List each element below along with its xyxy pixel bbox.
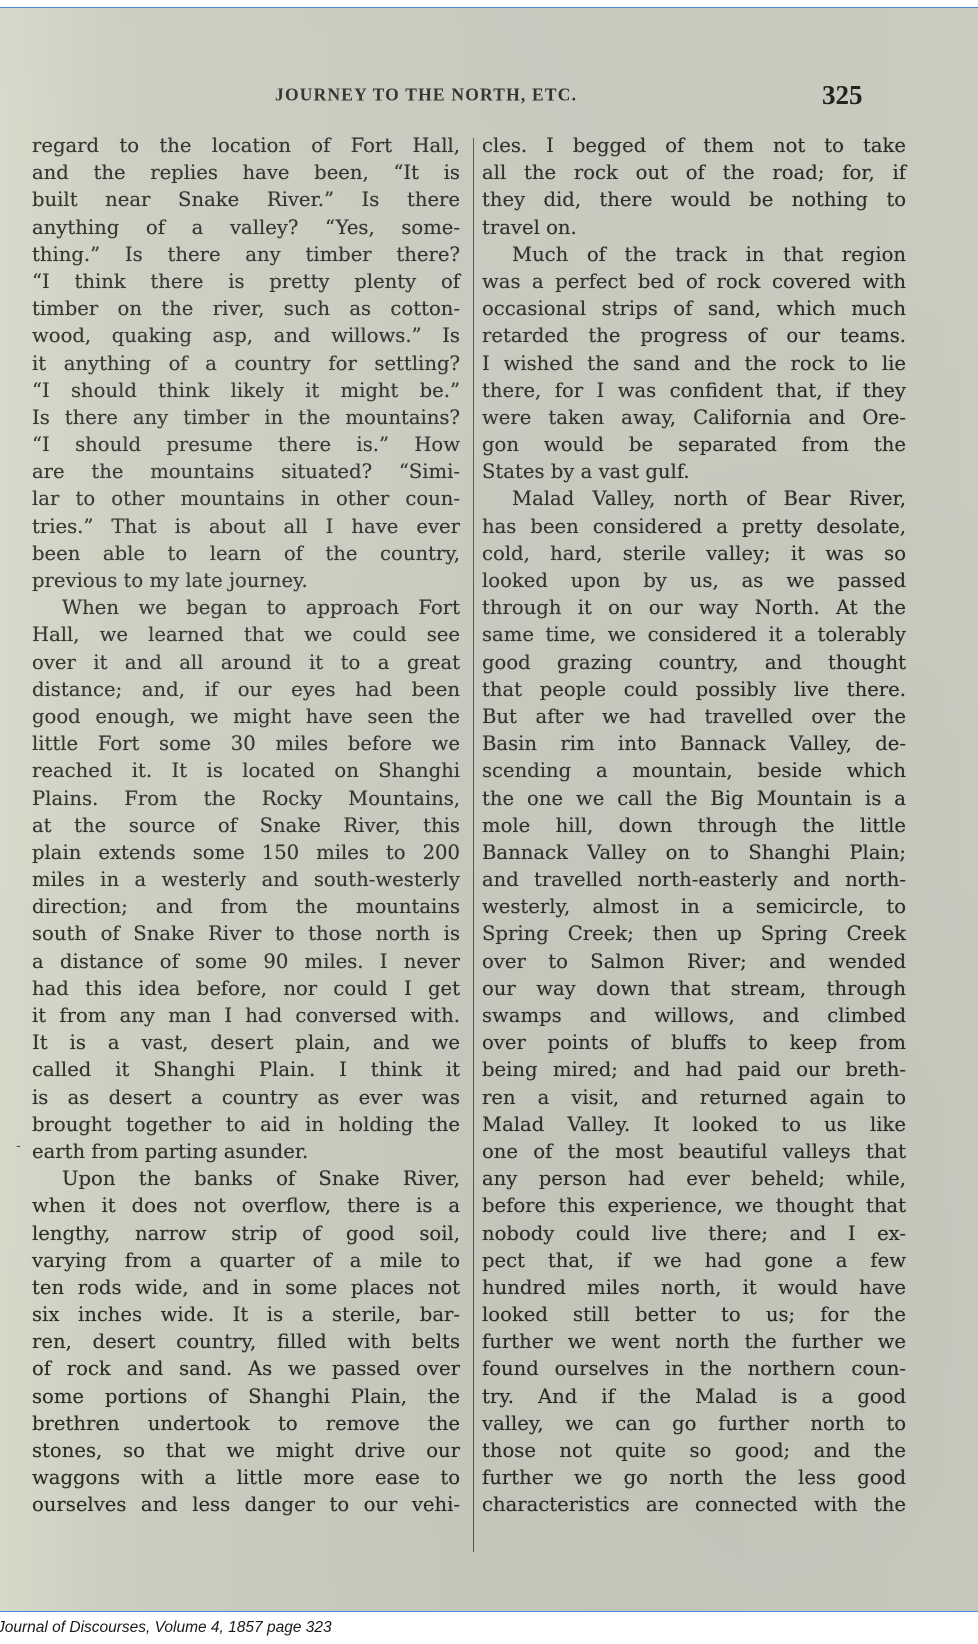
text-line: westerly, almost in a semicircle, to <box>482 893 906 920</box>
text-line: being mired; and had paid our breth- <box>482 1056 906 1083</box>
text-line: before this experience, we thought that <box>482 1192 906 1219</box>
right-column: cles. I begged of them not to takeall th… <box>482 132 906 1519</box>
text-line: Is there any timber in the mountains? <box>32 404 460 431</box>
text-line: all the rock out of the road; for, if <box>482 159 906 186</box>
text-line: six inches wide. It is a sterile, bar- <box>32 1301 460 1328</box>
text-line: try. And if the Malad is a good <box>482 1383 906 1410</box>
text-line: over points of bluffs to keep from <box>482 1029 906 1056</box>
text-line: looked still better to us; for the <box>482 1301 906 1328</box>
text-line: retarded the progress of our teams. <box>482 322 906 349</box>
text-line: one of the most beautiful valleys that <box>482 1138 906 1165</box>
text-line: they did, there would be nothing to <box>482 186 906 213</box>
text-line: a distance of some 90 miles. I never <box>32 948 460 975</box>
left-column: regard to the location of Fort Hall,and … <box>32 132 460 1519</box>
text-line: Spring Creek; then up Spring Creek <box>482 920 906 947</box>
text-line: pect that, if we had gone a few <box>482 1247 906 1274</box>
text-line: our way down that stream, through <box>482 975 906 1002</box>
text-line: further we go north the less good <box>482 1464 906 1491</box>
scanned-page: JOURNEY TO THE NORTH, ETC. 325 regard to… <box>0 8 978 1611</box>
text-line: little Fort some 30 miles before we <box>32 730 460 757</box>
text-line: regard to the location of Fort Hall, <box>32 132 460 159</box>
text-line: valley, we can go further north to <box>482 1410 906 1437</box>
text-line: When we began to approach Fort <box>32 594 460 621</box>
text-line: further we went north the further we <box>482 1328 906 1355</box>
text-line: that people could possibly live there. <box>482 676 906 703</box>
text-line: tries.” That is about all I have ever <box>32 513 460 540</box>
text-line: over it and all around it to a great <box>32 649 460 676</box>
text-line: But after we had travelled over the <box>482 703 906 730</box>
text-line: direction; and from the mountains <box>32 893 460 920</box>
text-line: miles in a westerly and south-westerly <box>32 866 460 893</box>
margin-mark: - <box>16 1138 21 1154</box>
text-line: varying from a quarter of a mile to <box>32 1247 460 1274</box>
text-line: those not quite so good; and the <box>482 1437 906 1464</box>
source-caption: Journal of Discourses, Volume 4, 1857 pa… <box>0 1619 332 1637</box>
text-line: ren a visit, and returned again to <box>482 1084 906 1111</box>
text-line: distance; and, if our eyes had been <box>32 676 460 703</box>
text-line: south of Snake River to those north is <box>32 920 460 947</box>
text-line: it anything of a country for settling? <box>32 350 460 377</box>
bottom-border-line <box>0 1611 978 1612</box>
text-line: Plains. From the Rocky Mountains, <box>32 785 460 812</box>
text-line: brethren undertook to remove the <box>32 1410 460 1437</box>
text-line: nobody could live there; and I ex- <box>482 1220 906 1247</box>
text-line: ten rods wide, and in some places not <box>32 1274 460 1301</box>
text-line: reached it. It is located on Shanghi <box>32 757 460 784</box>
text-line: and the replies have been, “It is <box>32 159 460 186</box>
text-line: lengthy, narrow strip of good soil, <box>32 1220 460 1247</box>
text-line: some portions of Shanghi Plain, the <box>32 1383 460 1410</box>
text-line: when it does not overflow, there is a <box>32 1192 460 1219</box>
text-line: and travelled north-easterly and north- <box>482 866 906 893</box>
text-line: characteristics are connected with the <box>482 1491 906 1518</box>
text-line: Upon the banks of Snake River, <box>32 1165 460 1192</box>
text-line: previous to my late journey. <box>32 567 460 594</box>
text-line: over to Salmon River; and wended <box>482 948 906 975</box>
text-line: are the mountains situated? “Simi- <box>32 458 460 485</box>
text-line: gon would be separated from the <box>482 431 906 458</box>
text-line: occasional strips of sand, which much <box>482 295 906 322</box>
text-line: anything of a valley? “Yes, some- <box>32 214 460 241</box>
text-line: timber on the river, such as cotton- <box>32 295 460 322</box>
text-line: found ourselves in the northern coun- <box>482 1355 906 1382</box>
text-line: wood, quaking asp, and willows.” Is <box>32 322 460 349</box>
text-line: mole hill, down through the little <box>482 812 906 839</box>
text-line: were taken away, California and Ore- <box>482 404 906 431</box>
text-line: ourselves and less danger to our vehi- <box>32 1491 460 1518</box>
text-line: Malad Valley. It looked to us like <box>482 1111 906 1138</box>
text-line: built near Snake River.” Is there <box>32 186 460 213</box>
page-number: 325 <box>822 80 863 111</box>
text-line: earth from parting asunder. <box>32 1138 460 1165</box>
text-line: good enough, we might have seen the <box>32 703 460 730</box>
text-line: waggons with a little more ease to <box>32 1464 460 1491</box>
text-line: plain extends some 150 miles to 200 <box>32 839 460 866</box>
text-line: lar to other mountains in other coun- <box>32 485 460 512</box>
text-line: scending a mountain, beside which <box>482 757 906 784</box>
text-line: been able to learn of the country, <box>32 540 460 567</box>
text-line: at the source of Snake River, this <box>32 812 460 839</box>
text-line: States by a vast gulf. <box>482 458 906 485</box>
text-line: any person had ever beheld; while, <box>482 1165 906 1192</box>
text-line: brought together to aid in holding the <box>32 1111 460 1138</box>
text-line: looked upon by us, as we passed <box>482 567 906 594</box>
text-line: through it on our way North. At the <box>482 594 906 621</box>
text-line: called it Shanghi Plain. I think it <box>32 1056 460 1083</box>
text-line: It is a vast, desert plain, and we <box>32 1029 460 1056</box>
text-line: Basin rim into Bannack Valley, de- <box>482 730 906 757</box>
text-line: “I should think likely it might be.” <box>32 377 460 404</box>
running-head: JOURNEY TO THE NORTH, ETC. <box>275 83 577 105</box>
text-line: same time, we considered it a tolerably <box>482 621 906 648</box>
text-line: ren, desert country, filled with belts <box>32 1328 460 1355</box>
text-line: Bannack Valley on to Shanghi Plain; <box>482 839 906 866</box>
text-line: thing.” Is there any timber there? <box>32 241 460 268</box>
text-line: good grazing country, and thought <box>482 649 906 676</box>
text-line: hundred miles north, it would have <box>482 1274 906 1301</box>
text-line: has been considered a pretty desolate, <box>482 513 906 540</box>
text-line: it from any man I had conversed with. <box>32 1002 460 1029</box>
text-line: was a perfect bed of rock covered with <box>482 268 906 295</box>
text-line: Much of the track in that region <box>482 241 906 268</box>
text-line: Malad Valley, north of Bear River, <box>482 485 906 512</box>
text-line: I wished the sand and the rock to lie <box>482 350 906 377</box>
text-line: is as desert a country as ever was <box>32 1084 460 1111</box>
text-line: Hall, we learned that we could see <box>32 621 460 648</box>
text-line: cles. I begged of them not to take <box>482 132 906 159</box>
text-line: of rock and sand. As we passed over <box>32 1355 460 1382</box>
text-line: the one we call the Big Mountain is a <box>482 785 906 812</box>
text-line: stones, so that we might drive our <box>32 1437 460 1464</box>
text-line: travel on. <box>482 214 906 241</box>
column-divider <box>473 138 474 1552</box>
text-line: there, for I was confident that, if they <box>482 377 906 404</box>
text-line: had this idea before, nor could I get <box>32 975 460 1002</box>
text-line: “I think there is pretty plenty of <box>32 268 460 295</box>
text-line: swamps and willows, and climbed <box>482 1002 906 1029</box>
text-line: cold, hard, sterile valley; it was so <box>482 540 906 567</box>
text-line: “I should presume there is.” How <box>32 431 460 458</box>
